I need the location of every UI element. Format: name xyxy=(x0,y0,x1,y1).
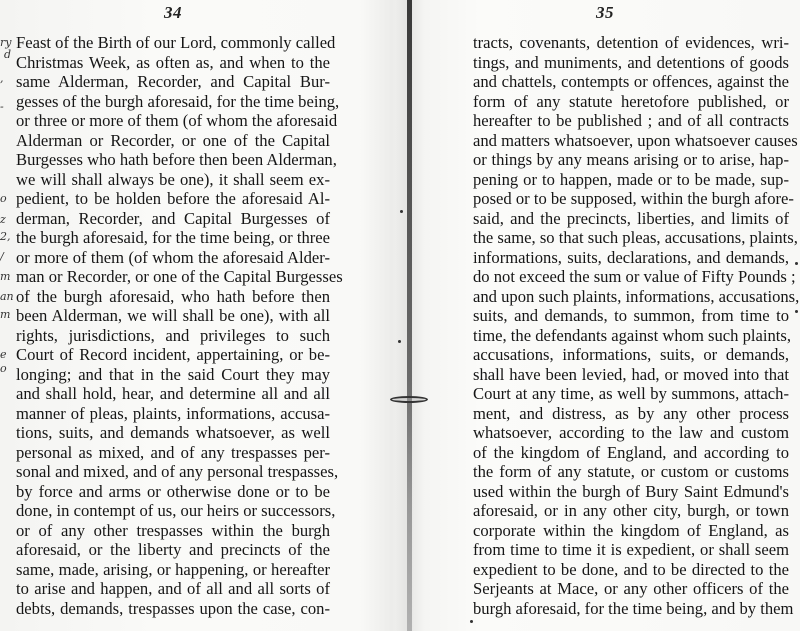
margin-annotation: 2, xyxy=(0,231,11,243)
margin-annotation: - xyxy=(0,101,4,113)
text-line: and chattels, contempts or offences, aga… xyxy=(473,72,789,92)
ink-speck xyxy=(795,262,798,265)
text-line: suits, and demands, to summon, from time… xyxy=(473,306,789,326)
margin-annotation: , xyxy=(0,73,4,85)
text-line: longing; and that in the said Court they… xyxy=(16,365,330,385)
text-line: or more of them (of whom the aforesaid A… xyxy=(16,248,330,268)
text-line: from time to time it is expedient, or sh… xyxy=(473,540,789,560)
margin-annotation: e xyxy=(0,349,7,361)
text-line: time, the defendants against whom such p… xyxy=(473,326,789,346)
left-page-text: Feast of the Birth of our Lord, commonly… xyxy=(16,33,330,618)
text-line: been Alderman, we will shall be one), wi… xyxy=(16,306,330,326)
margin-annotation: m xyxy=(0,271,10,283)
margin-annotation: o xyxy=(0,363,7,375)
margin-annotation: o xyxy=(0,193,7,205)
text-line: aforesaid, or in any other city, burgh, … xyxy=(473,501,789,521)
text-line: Burgesses who hath before then been Alde… xyxy=(16,150,330,170)
ink-speck xyxy=(470,620,473,623)
page-number: 34 xyxy=(164,3,182,23)
text-line: and upon such plaints, informations, acc… xyxy=(473,287,789,307)
text-line: tings, and muniments, and detentions of … xyxy=(473,53,789,73)
text-line: same Alderman, Recorder, and Capital Bur… xyxy=(16,72,330,92)
text-line: aforesaid, or the liberty and precincts … xyxy=(16,540,330,560)
ink-speck xyxy=(400,210,403,213)
margin-annotation: / xyxy=(0,251,4,263)
text-line: or three or more of them (of whom the af… xyxy=(16,111,330,131)
text-line: tracts, covenants, detention of evidence… xyxy=(473,33,789,53)
text-line: Alderman or Recorder, or one of the Capi… xyxy=(16,131,330,151)
ink-speck xyxy=(398,340,401,343)
text-line: form of any statute heretofore published… xyxy=(473,92,789,112)
text-line: the form of any statute, or custom or cu… xyxy=(473,462,789,482)
text-line: burgh aforesaid, for the time being, and… xyxy=(473,599,789,619)
margin-annotation: m xyxy=(0,309,10,321)
page-number: 35 xyxy=(596,3,614,23)
text-line: and shall hold, hear, and determine all … xyxy=(16,384,330,404)
text-line: by force and arms or otherwise done or t… xyxy=(16,482,330,502)
text-line: Serjeants at Mace, or any other officers… xyxy=(473,579,789,599)
text-line: rights, jurisdictions, and privileges to… xyxy=(16,326,330,346)
text-line: we will shall always be one), it shall s… xyxy=(16,170,330,190)
margin-annotations: ry d , - o z 2, / m an m e o xyxy=(0,33,16,373)
text-line: sonal and mixed, and of any personal tre… xyxy=(16,462,330,482)
text-line: the same, so that such pleas, accusation… xyxy=(473,228,789,248)
text-line: Court at any time, as well by summons, a… xyxy=(473,384,789,404)
text-line: Court of Record incident, appertaining, … xyxy=(16,345,330,365)
text-line: to arise and happen, and of all and all … xyxy=(16,579,330,599)
text-line: corporate within the kingdom of England,… xyxy=(473,521,789,541)
text-line: hereafter to be published ; and of all c… xyxy=(473,111,789,131)
text-line: said, and the precincts, liberties, and … xyxy=(473,209,789,229)
text-line: of the kingdom of England, and according… xyxy=(473,443,789,463)
text-line: Feast of the Birth of our Lord, commonly… xyxy=(16,33,330,53)
text-line: and matters whatsoever, upon whatsoever … xyxy=(473,131,789,151)
text-line: expedient to be done, and to be directed… xyxy=(473,560,789,580)
text-line: or things by any means arising or to ari… xyxy=(473,150,789,170)
text-line: used within the burgh of Bury Saint Edmu… xyxy=(473,482,789,502)
text-line: done, in contempt of us, our heirs or su… xyxy=(16,501,330,521)
text-line: informations, suits, declarations, and d… xyxy=(473,248,789,268)
text-line: derman, Recorder, and Capital Burgesses … xyxy=(16,209,330,229)
text-line: whatsoever, according to the law and cus… xyxy=(473,423,789,443)
text-line: Christmas Week, as often as, and when to… xyxy=(16,53,330,73)
margin-annotation: an xyxy=(0,291,14,303)
ink-speck xyxy=(795,310,798,313)
right-page-text: tracts, covenants, detention of evidence… xyxy=(473,33,789,618)
text-line: man or Recorder, or one of the Capital B… xyxy=(16,267,330,287)
right-page: 35 tracts, covenants, detention of evide… xyxy=(400,0,800,631)
left-page: 34 ry d , - o z 2, / m an m e o Feast of… xyxy=(0,0,400,631)
text-line: pening or to happen, made or to be made,… xyxy=(473,170,789,190)
text-line: same, made, arising, or happening, or he… xyxy=(16,560,330,580)
text-line: gesses of the burgh aforesaid, for the t… xyxy=(16,92,330,112)
text-line: posed or to be supposed, within the burg… xyxy=(473,189,789,209)
text-line: accusations, informations, suits, or dem… xyxy=(473,345,789,365)
text-line: tions, suits, and demands whatsoever, as… xyxy=(16,423,330,443)
text-line: the burgh aforesaid, for the time being,… xyxy=(16,228,330,248)
margin-annotation: z xyxy=(0,214,6,226)
text-line: pedient, to be holden before the aforesa… xyxy=(16,189,330,209)
text-line: shall have been levied, had, or moved in… xyxy=(473,365,789,385)
text-line: manner of pleas, plaints, informations, … xyxy=(16,404,330,424)
text-line: personal as mixed, and of any trespasses… xyxy=(16,443,330,463)
text-line: debts, demands, trespasses upon the case… xyxy=(16,599,330,619)
text-line: do not exceed the sum or value of Fifty … xyxy=(473,267,789,287)
text-line: or of any other trespasses within the bu… xyxy=(16,521,330,541)
text-line: ment, and distress, as by any other proc… xyxy=(473,404,789,424)
text-line: of the burgh aforesaid, who hath before … xyxy=(16,287,330,307)
margin-annotation: d xyxy=(4,49,11,61)
